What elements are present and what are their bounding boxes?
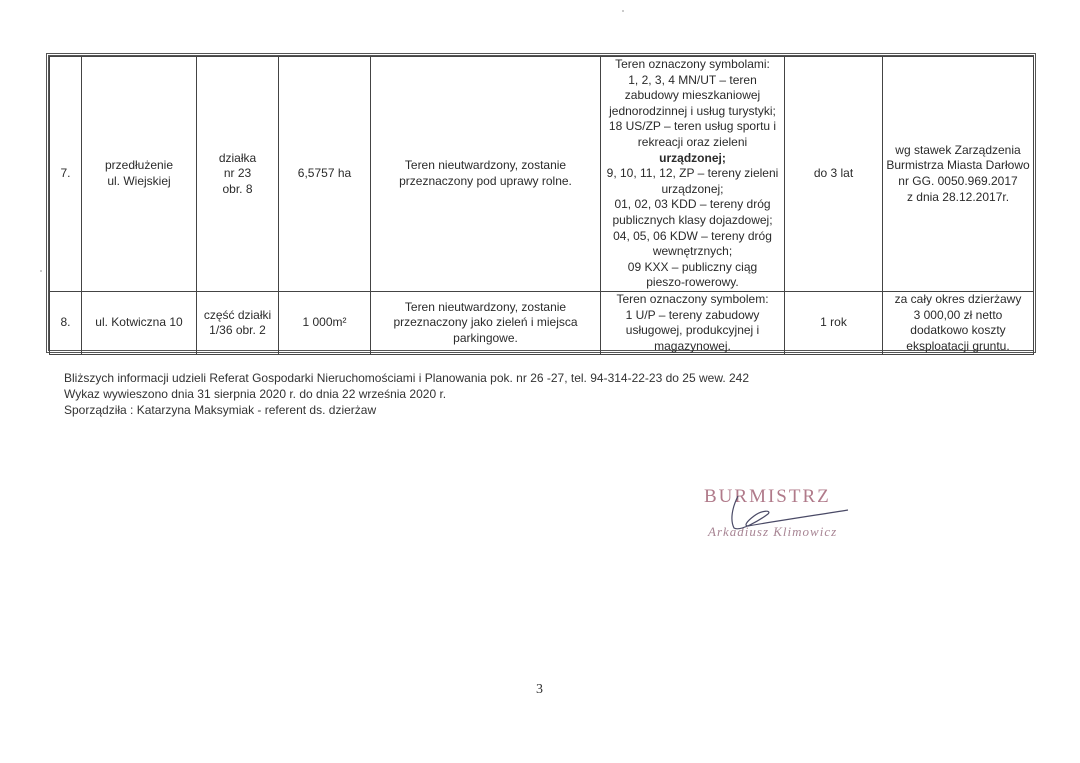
description-cell: Teren nieutwardzony, zostanieprzeznaczon… <box>371 57 601 292</box>
parcel-cell-line: część działki <box>200 308 275 324</box>
rent-cell: wg stawek ZarządzeniaBurmistrza Miasta D… <box>883 57 1034 292</box>
signature-icon <box>700 486 870 546</box>
rent-cell-line: Burmistrza Miasta Darłowo <box>886 158 1030 174</box>
lease-term-cell: 1 rok <box>785 291 883 354</box>
parcel-cell-line: nr 23 <box>200 166 275 182</box>
scan-speck <box>622 10 624 12</box>
location-cell: przedłużenieul. Wiejskiej <box>82 57 197 292</box>
parcel-cell: działkanr 23obr. 8 <box>197 57 279 292</box>
description-cell-line: Teren nieutwardzony, zostanie <box>374 158 597 174</box>
scan-speck <box>40 270 42 272</box>
row-number-cell: 7. <box>50 57 82 292</box>
description-cell: Teren nieutwardzony, zostanieprzeznaczon… <box>371 291 601 354</box>
table-row: 7.przedłużenieul. Wiejskiejdziałkanr 23o… <box>50 57 1034 292</box>
description-cell-line: parkingowe. <box>374 331 597 347</box>
rent-cell-line: 3 000,00 zł netto <box>886 308 1030 324</box>
zoning-cell-line: 9, 10, 11, 12, ZP – tereny zieleni <box>604 166 781 182</box>
lease-table: 7.przedłużenieul. Wiejskiejdziałkanr 23o… <box>46 53 1036 353</box>
rent-cell: za cały okres dzierżawy3 000,00 zł netto… <box>883 291 1034 354</box>
description-cell-line: przeznaczony pod uprawy rolne. <box>374 174 597 190</box>
zoning-cell: Teren oznaczony symbolem:1 U/P – tereny … <box>601 291 785 354</box>
rent-cell-line: wg stawek Zarządzenia <box>886 143 1030 159</box>
area-cell: 6,5757 ha <box>279 57 371 292</box>
zoning-cell-line: urządzonej; <box>604 182 781 198</box>
zoning-cell-line: rekreacji oraz zieleni <box>604 135 781 151</box>
zoning-cell-line: 01, 02, 03 KDD – tereny dróg <box>604 197 781 213</box>
rent-cell-line: za cały okres dzierżawy <box>886 292 1030 308</box>
location-cell-line: ul. Kotwiczna 10 <box>85 315 193 331</box>
rent-cell-line: dodatkowo koszty <box>886 323 1030 339</box>
description-cell-line: Teren nieutwardzony, zostanie <box>374 300 597 316</box>
parcel-cell-line: działka <box>200 151 275 167</box>
prepared-by-text: Sporządziła : Katarzyna Maksymiak - refe… <box>64 402 749 418</box>
zoning-cell-line: pieszo-rowerowy. <box>604 275 781 291</box>
description-cell-line: przeznaczony jako zieleń i miejsca <box>374 315 597 331</box>
location-cell: ul. Kotwiczna 10 <box>82 291 197 354</box>
zoning-cell-line: 09 KXX – publiczny ciąg <box>604 260 781 276</box>
footer-notes: Bliższych informacji udzieli Referat Gos… <box>64 370 749 418</box>
parcel-cell-line: obr. 8 <box>200 182 275 198</box>
posting-dates-text: Wykaz wywieszono dnia 31 sierpnia 2020 r… <box>64 386 749 402</box>
contact-info-text: Bliższych informacji udzieli Referat Gos… <box>64 370 749 386</box>
zoning-cell-line: 1 U/P – tereny zabudowy <box>604 308 781 324</box>
parcel-cell-line: 1/36 obr. 2 <box>200 323 275 339</box>
lease-table-grid: 7.przedłużenieul. Wiejskiejdziałkanr 23o… <box>49 56 1034 355</box>
document-page: 7.przedłużenieul. Wiejskiejdziałkanr 23o… <box>0 0 1080 763</box>
lease-term-cell: do 3 lat <box>785 57 883 292</box>
location-cell-line: ul. Wiejskiej <box>85 174 193 190</box>
zoning-cell-line: magazynowej. <box>604 339 781 355</box>
zoning-cell-line: urządzonej; <box>604 151 781 167</box>
rent-cell-line: eksploatacji gruntu. <box>886 339 1030 355</box>
page-number: 3 <box>536 682 543 698</box>
zoning-cell-line: publicznych klasy dojazdowej; <box>604 213 781 229</box>
zoning-cell-line: 18 US/ZP – teren usług sportu i <box>604 119 781 135</box>
rent-cell-line: nr GG. 0050.969.2017 <box>886 174 1030 190</box>
location-cell-line: przedłużenie <box>85 158 193 174</box>
zoning-cell-line: Teren oznaczony symbolami: <box>604 57 781 73</box>
zoning-cell-line: Teren oznaczony symbolem: <box>604 292 781 308</box>
zoning-cell-line: 04, 05, 06 KDW – tereny dróg <box>604 229 781 245</box>
area-cell: 1 000m² <box>279 291 371 354</box>
parcel-cell: część działki1/36 obr. 2 <box>197 291 279 354</box>
row-number-cell: 8. <box>50 291 82 354</box>
zoning-cell-line: 1, 2, 3, 4 MN/UT – teren <box>604 73 781 89</box>
table-row: 8.ul. Kotwiczna 10część działki1/36 obr.… <box>50 291 1034 354</box>
zoning-cell-line: wewnętrznych; <box>604 244 781 260</box>
zoning-cell-line: jednorodzinnej i usług turystyki; <box>604 104 781 120</box>
zoning-cell: Teren oznaczony symbolami:1, 2, 3, 4 MN/… <box>601 57 785 292</box>
zoning-cell-line: zabudowy mieszkaniowej <box>604 88 781 104</box>
zoning-cell-line: usługowej, produkcyjnej i <box>604 323 781 339</box>
rent-cell-line: z dnia 28.12.2017r. <box>886 190 1030 206</box>
mayor-stamp: BURMISTRZ Arkadiusz Klimowicz <box>700 486 870 546</box>
